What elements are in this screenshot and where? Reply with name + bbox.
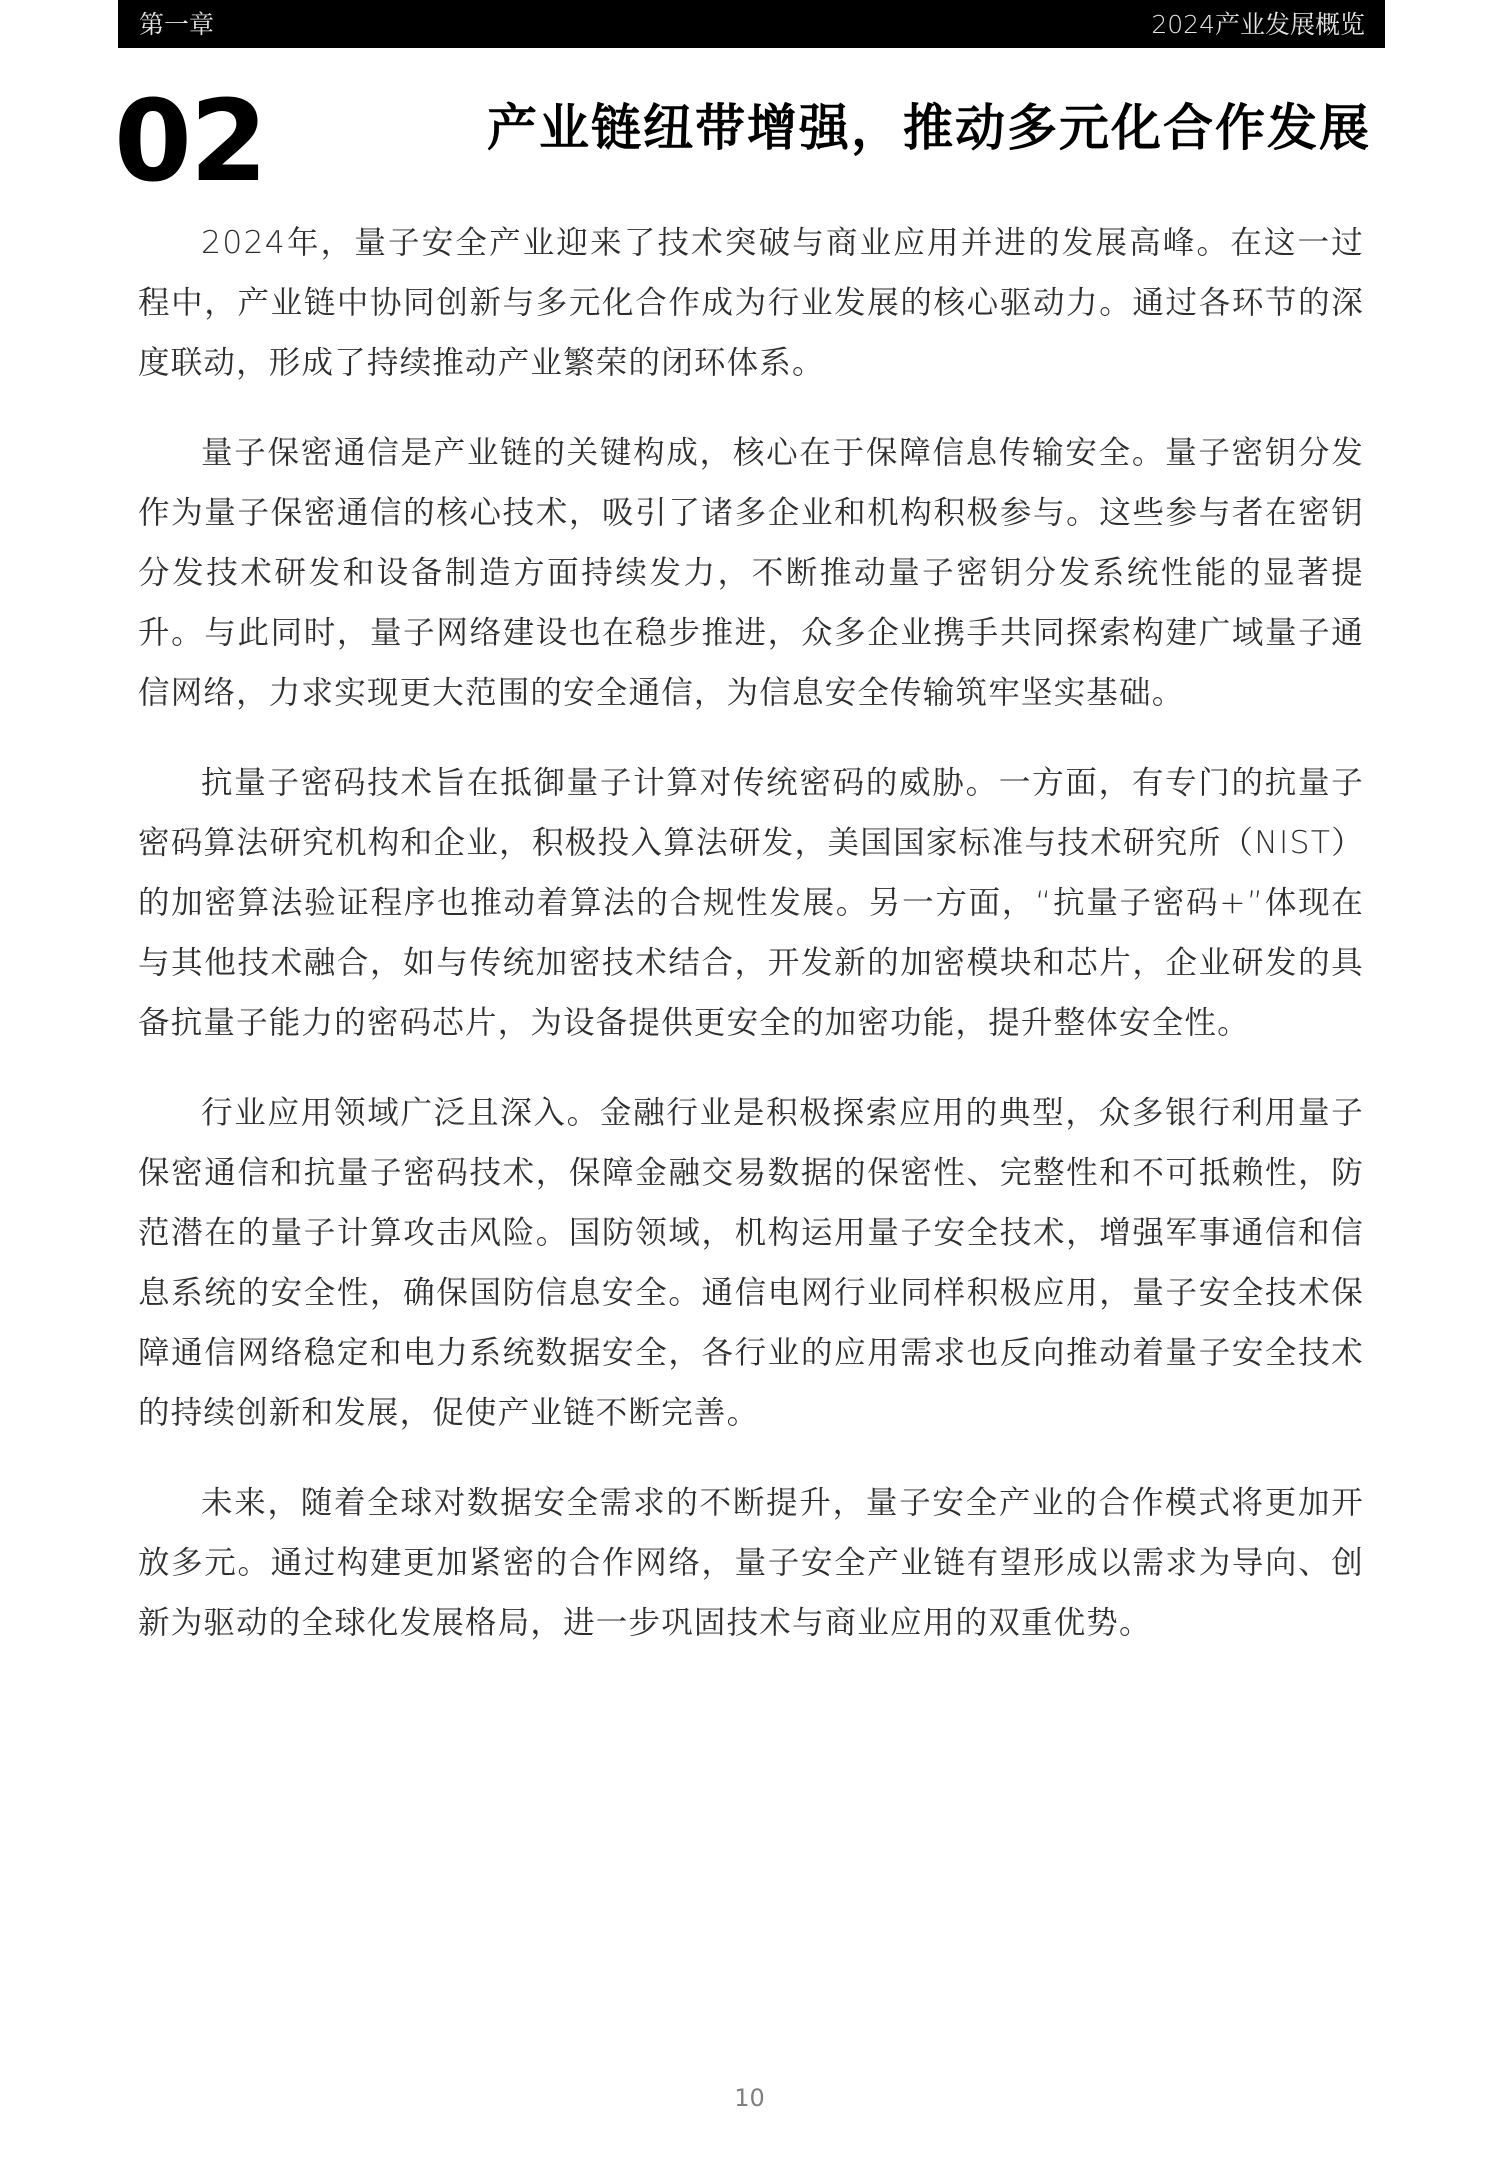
running-header: 第一章 2024产业发展概览 [118,0,1385,48]
body-text: 2024年，量子安全产业迎来了技术突破与商业应用并进的发展高峰。在这一过程中，产… [138,213,1364,1683]
report-title: 2024产业发展概览 [1151,12,1365,37]
paragraph-post-quantum-cryptography: 抗量子密码技术旨在抵御量子计算对传统密码的威胁。一方面，有专门的抗量子密码算法研… [138,753,1364,1053]
paragraph-intro: 2024年，量子安全产业迎来了技术突破与商业应用并进的发展高峰。在这一过程中，产… [138,213,1364,393]
section-title: 产业链纽带增强，推动多元化合作发展 [487,96,1371,160]
paragraph-industry-applications: 行业应用领域广泛且深入。金融行业是积极探索应用的典型，众多银行利用量子保密通信和… [138,1083,1364,1443]
section-number: 02 [114,86,266,198]
paragraph-outlook: 未来，随着全球对数据安全需求的不断提升，量子安全产业的合作模式将更加开放多元。通… [138,1473,1364,1653]
paragraph-quantum-communication: 量子保密通信是产业链的关键构成，核心在于保障信息传输安全。量子密钥分发作为量子保… [138,423,1364,723]
chapter-label: 第一章 [139,12,214,37]
page-number: 10 [0,2086,1499,2110]
